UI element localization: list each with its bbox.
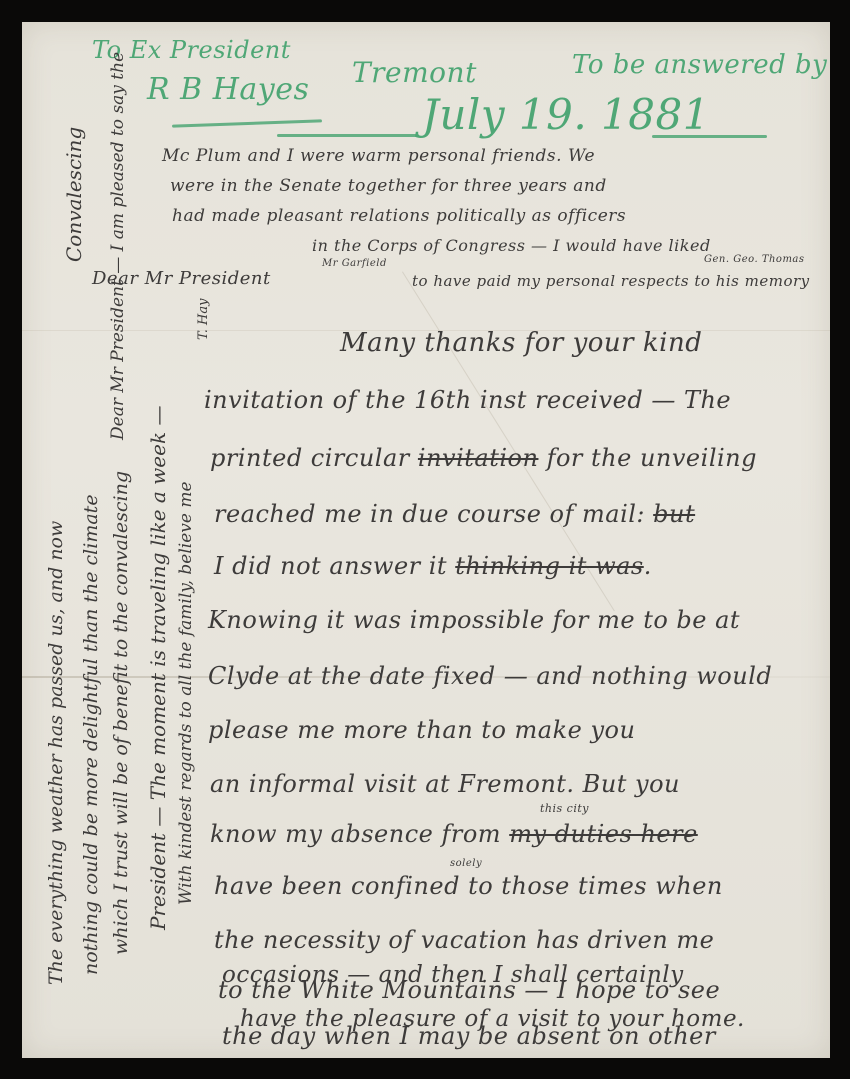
- postscript-line-1: Mc Plum and I were warm personal friends…: [162, 146, 595, 166]
- body-line-4-text: reached me in due course of mail:: [214, 500, 645, 528]
- body-line-9: an informal visit at Fremont. But you: [210, 770, 680, 798]
- margin-line-2: nothing could be more delightful than th…: [80, 494, 102, 975]
- body-line-12: the necessity of vacation has driven me: [214, 926, 714, 954]
- body-line-3-after: for the unveiling: [547, 444, 757, 472]
- margin-line-5: With kindest regards to all the family, …: [176, 481, 196, 905]
- body-line-10-text: know my absence from: [210, 820, 501, 848]
- salutation-insert-above: Gen. Geo. Thomas: [704, 254, 805, 265]
- margin-signature: T. Hay: [196, 299, 211, 340]
- salutation-insert-small: Mr Garfield: [322, 258, 387, 269]
- body-line-1: Many thanks for your kind: [340, 328, 702, 358]
- postscript-line-3: had made pleasant relations politically …: [172, 206, 626, 226]
- body-line-5-text: I did not answer it: [214, 552, 447, 580]
- body-line-10: know my absence from my duties here: [210, 820, 698, 848]
- body-line-8: please me more than to make you: [208, 716, 635, 744]
- body-line-11-insert: solely: [450, 858, 482, 869]
- margin-line-3: which I trust will be of benefit to the …: [110, 471, 132, 955]
- body-line-16: have the pleasure of a visit to your hom…: [240, 1006, 745, 1032]
- body-line-7: Clyde at the date fixed — and nothing wo…: [208, 662, 772, 690]
- date-underline-left: [277, 134, 417, 137]
- body-line-10-insert: this city: [540, 802, 589, 815]
- date-underline-right: [652, 135, 767, 138]
- body-line-3-struck: invitation: [418, 444, 539, 472]
- annotation-recipient-line2: R B Hayes: [147, 72, 309, 107]
- annotation-date: July 19. 1881: [422, 90, 710, 139]
- margin-line-4: President — The moment is traveling like…: [146, 406, 170, 930]
- margin-line-dear: Dear Mr President — I am pleased to say …: [108, 52, 128, 440]
- body-line-15: occasions — and then I shall certainly: [222, 962, 684, 988]
- body-line-4: reached me in due course of mail: but: [214, 500, 695, 528]
- body-line-5-after: .: [644, 552, 652, 580]
- letter-page: To Ex President R B Hayes Tremont To be …: [22, 22, 830, 1058]
- postscript-line-4: in the Corps of Congress — I would have …: [312, 236, 711, 255]
- body-line-3-text: printed circular: [210, 444, 410, 472]
- annotation-note: To be answered by: [572, 50, 827, 80]
- margin-line-1: The everything weather has passed us, an…: [45, 521, 67, 985]
- body-line-11: have been confined to those times when: [214, 872, 723, 900]
- body-line-3: printed circular invitation for the unve…: [210, 444, 757, 472]
- annotation-place: Tremont: [352, 56, 477, 89]
- body-line-5: I did not answer it thinking it was.: [214, 552, 652, 580]
- postscript-line-2: were in the Senate together for three ye…: [170, 176, 607, 196]
- body-line-6: Knowing it was impossible for me to be a…: [208, 606, 740, 634]
- margin-convalescing: Convalescing: [62, 127, 86, 262]
- body-line-5-struck: thinking it was: [455, 552, 644, 580]
- body-line-2: invitation of the 16th inst received — T…: [204, 386, 731, 414]
- annotation-underline: [172, 119, 322, 127]
- salutation-insert: to have paid my personal respects to his…: [412, 272, 810, 290]
- body-line-10-struck: my duties here: [509, 820, 698, 848]
- body-line-4-struck: but: [653, 500, 695, 528]
